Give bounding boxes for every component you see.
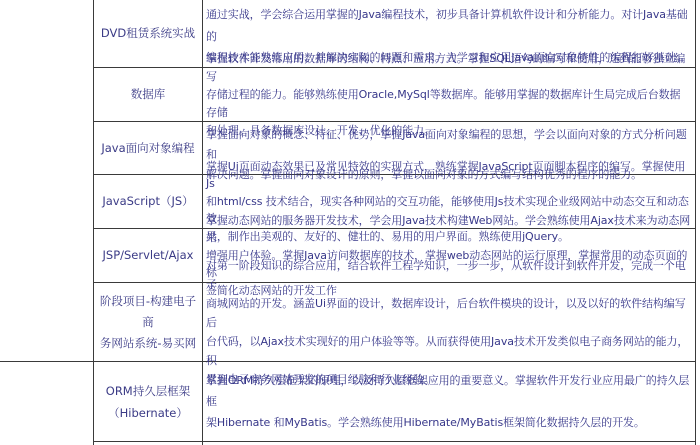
description-line: 掌握Ui页面动态效果已及常见特效的实现方式，熟练掌握JavaScript页面脚本… xyxy=(206,158,691,193)
course-name: JavaScript（JS） xyxy=(102,191,193,212)
course-name-cell: JavaScript（JS） xyxy=(94,175,202,228)
description-line: 掌握ORM持久层框架的原理，以及持久层框架应用的重要意义。掌握软件开发行业应用最… xyxy=(206,370,691,412)
course-description-cell: 对第一阶段知识的综合应用，结合软件工程学知识，一步一步，从软件设计到软件开发，完… xyxy=(203,283,695,361)
course-name: 数据库 xyxy=(131,84,166,105)
course-name-cell: Java面向对象编程 xyxy=(94,122,202,174)
course-name-cell: DVD租赁系统实战 xyxy=(94,0,202,67)
course-name: ORM持久层框架 xyxy=(106,380,190,402)
description-line: 掌握动态网站的服务器开发技术，学会用Java技术构建Web网站。学会熟练使用Aj… xyxy=(206,212,691,247)
course-name-cell: 阶段项目-构建电子商 务网站系统-易买网 xyxy=(94,283,202,361)
course-name: DVD租赁系统实战 xyxy=(101,23,195,44)
description-line: 通过实战，学会综合运用掌握的Java编程技术，初步具备计算机软件设计和分析能力。… xyxy=(206,4,691,47)
description-line: 掌握软件开发常用的数据库的结构、特点、应用方式。掌握SQL语句的编写和使用，达到… xyxy=(206,50,691,86)
course-name: 务网站系统-易买网 xyxy=(98,333,198,354)
course-name: 阶段项目-构建电子商 xyxy=(98,291,198,333)
description-line: 商城网站的开发。涵盖Ui界面的设计，数据库设计，后台软件模块的设计，以及以好的软… xyxy=(206,294,691,332)
course-name-cell: JSP/Servlet/Ajax xyxy=(94,229,202,282)
curriculum-table: DVD租赁系统实战 通过实战，学会综合运用掌握的Java编程技术，初步具备计算机… xyxy=(0,0,700,445)
course-description-cell: 掌握软件开发常用的数据库的结构、特点、应用方式。掌握SQL语句的编写和使用，达到… xyxy=(203,68,695,121)
course-name-cell: ORM持久层框架 （Hibernate） xyxy=(94,362,202,441)
grid-line-row7 xyxy=(93,441,696,442)
course-name: JSP/Servlet/Ajax xyxy=(103,245,194,266)
description-line: 存储过程的能力。能够熟练使用Oracle,MySql等数据库。能够用掌握的数据库… xyxy=(206,86,691,122)
description-line: 架Hibernate 和MyBatis。学会熟练使用Hibernate/MyBa… xyxy=(206,412,691,433)
description-line: 对第一阶段知识的综合应用，结合软件工程学知识，一步一步，从软件设计到软件开发，完… xyxy=(206,256,691,294)
course-name-cell: 数据库 xyxy=(94,68,202,121)
course-name: （Hibernate） xyxy=(106,402,190,424)
course-description-cell: 掌握ORM持久层框架的原理，以及持久层框架应用的重要意义。掌握软件开发行业应用最… xyxy=(203,362,695,441)
course-name: Java面向对象编程 xyxy=(101,138,194,159)
